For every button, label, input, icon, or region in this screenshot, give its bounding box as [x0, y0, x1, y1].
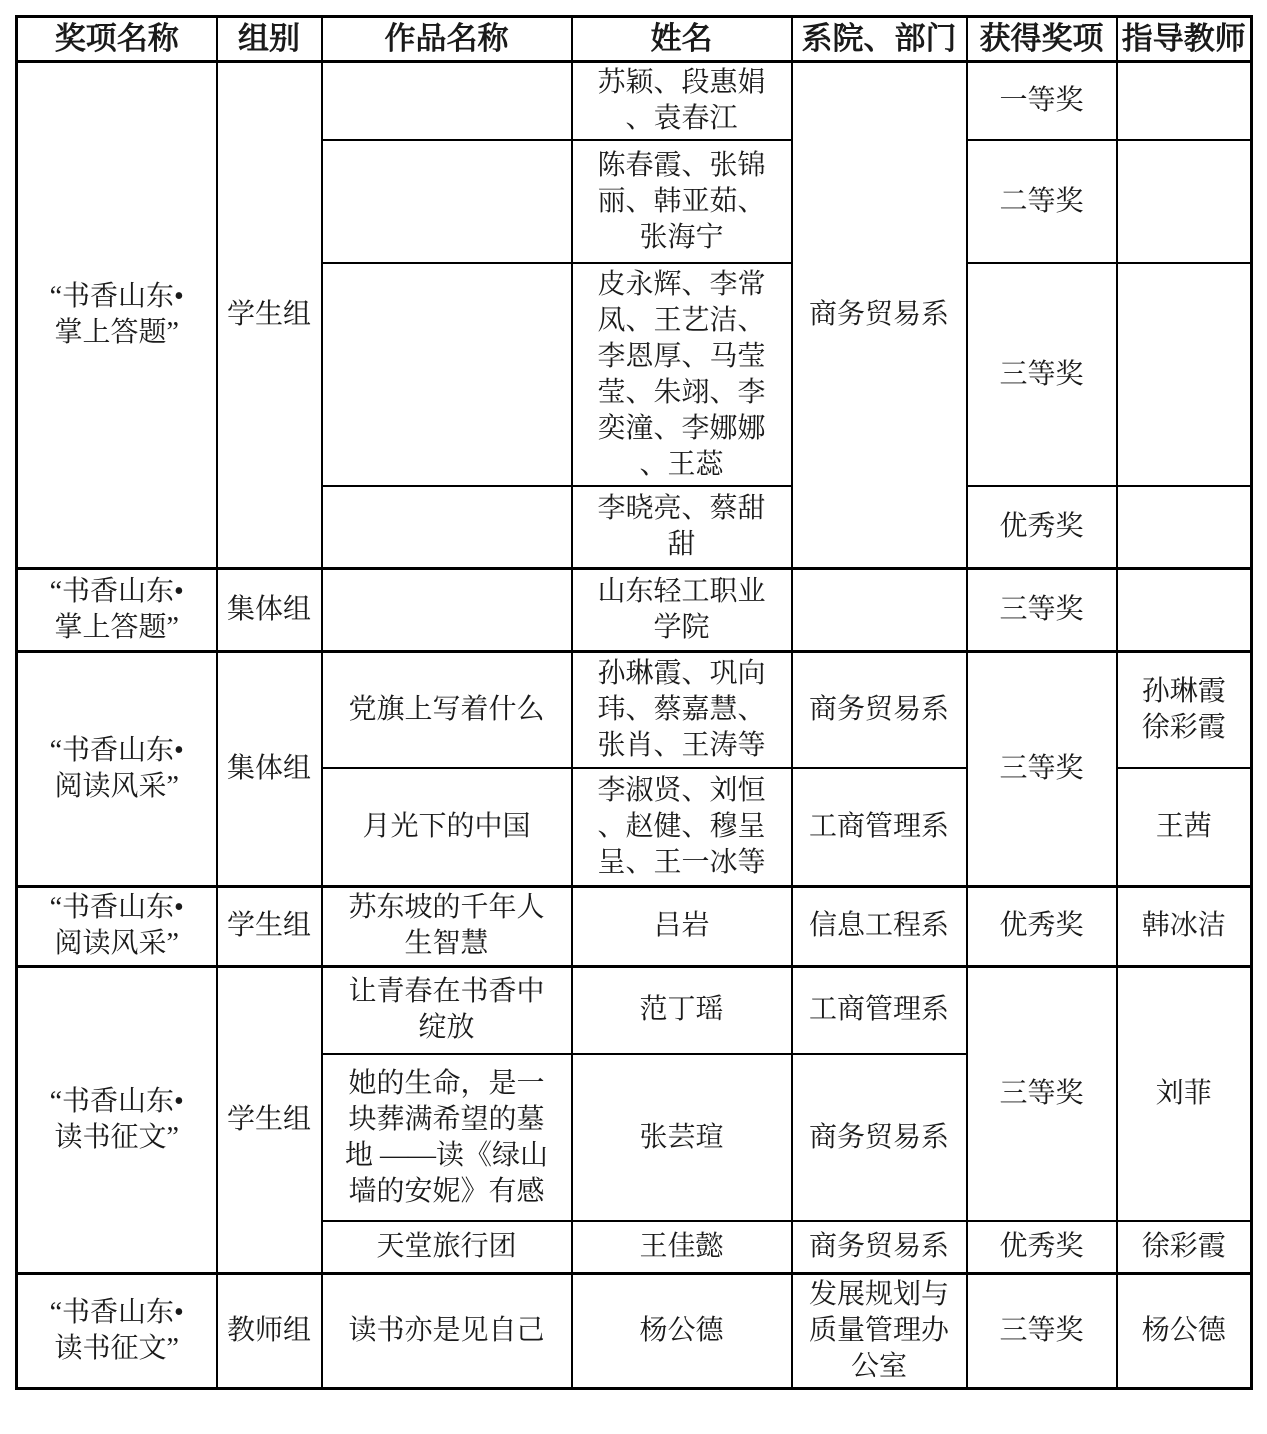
header-advisor: 指导教师 — [1117, 17, 1252, 62]
header-row: 奖项名称 组别 作品名称 姓名 系院、部门 获得奖项 指导教师 — [17, 17, 1252, 62]
cell-names: 苏颖、段惠娟 、袁春江 — [572, 62, 792, 141]
cell-advisor — [1117, 263, 1252, 486]
cell-group: 教师组 — [217, 1273, 322, 1388]
cell-group: 集体组 — [217, 651, 322, 886]
table-row: “书香山东• 阅读风采” 学生组 苏东坡的千年人 生智慧 吕岩 信息工程系 优秀… — [17, 886, 1252, 966]
cell-department: 发展规划与 质量管理办 公室 — [792, 1273, 967, 1388]
table-row: “书香山东• 掌上答题” 集体组 山东轻工职业 学院 三等奖 — [17, 568, 1252, 651]
cell-group: 学生组 — [217, 886, 322, 966]
cell-group: 学生组 — [217, 62, 322, 569]
header-names: 姓名 — [572, 17, 792, 62]
cell-names: 杨公德 — [572, 1273, 792, 1388]
cell-work-title — [322, 568, 572, 651]
cell-work-title: 她的生命，是一 块葬满希望的墓 地 ——读《绿山 墙的安妮》有感 — [322, 1054, 572, 1221]
awards-table: 奖项名称 组别 作品名称 姓名 系院、部门 获得奖项 指导教师 “书香山东• 掌… — [15, 15, 1253, 1390]
cell-prize: 优秀奖 — [967, 886, 1117, 966]
cell-department — [792, 568, 967, 651]
cell-department: 商务贸易系 — [792, 1054, 967, 1221]
cell-work-title: 读书亦是见自己 — [322, 1273, 572, 1388]
cell-names: 吕岩 — [572, 886, 792, 966]
cell-work-title — [322, 140, 572, 263]
cell-advisor: 韩冰洁 — [1117, 886, 1252, 966]
cell-prize: 三等奖 — [967, 966, 1117, 1221]
cell-work-title: 党旗上写着什么 — [322, 651, 572, 768]
table-row: “书香山东• 读书征文” 学生组 让青春在书香中 绽放 范丁瑶 工商管理系 三等… — [17, 966, 1252, 1054]
cell-department: 商务贸易系 — [792, 62, 967, 569]
cell-group: 学生组 — [217, 966, 322, 1273]
cell-prize: 优秀奖 — [967, 1221, 1117, 1273]
table-row: “书香山东• 掌上答题” 学生组 苏颖、段惠娟 、袁春江 商务贸易系 一等奖 — [17, 62, 1252, 141]
cell-prize: 三等奖 — [967, 568, 1117, 651]
cell-work-title — [322, 263, 572, 486]
cell-prize: 三等奖 — [967, 1273, 1117, 1388]
table-row: “书香山东• 读书征文” 教师组 读书亦是见自己 杨公德 发展规划与 质量管理办… — [17, 1273, 1252, 1388]
cell-work-title: 让青春在书香中 绽放 — [322, 966, 572, 1054]
cell-prize: 优秀奖 — [967, 486, 1117, 568]
cell-names: 李晓亮、蔡甜 甜 — [572, 486, 792, 568]
table-header: 奖项名称 组别 作品名称 姓名 系院、部门 获得奖项 指导教师 — [17, 17, 1252, 62]
header-work-title: 作品名称 — [322, 17, 572, 62]
cell-prize: 二等奖 — [967, 140, 1117, 263]
cell-advisor: 刘菲 — [1117, 966, 1252, 1221]
header-award-name: 奖项名称 — [17, 17, 217, 62]
cell-award-name: “书香山东• 读书征文” — [17, 1273, 217, 1388]
cell-award-name: “书香山东• 掌上答题” — [17, 568, 217, 651]
cell-advisor: 杨公德 — [1117, 1273, 1252, 1388]
cell-department: 信息工程系 — [792, 886, 967, 966]
cell-prize: 一等奖 — [967, 62, 1117, 141]
cell-advisor: 王茜 — [1117, 768, 1252, 886]
cell-award-name: “书香山东• 阅读风采” — [17, 886, 217, 966]
cell-advisor — [1117, 568, 1252, 651]
cell-names: 王佳懿 — [572, 1221, 792, 1273]
cell-work-title: 月光下的中国 — [322, 768, 572, 886]
document-page: 奖项名称 组别 作品名称 姓名 系院、部门 获得奖项 指导教师 “书香山东• 掌… — [0, 0, 1267, 1434]
cell-award-name: “书香山东• 读书征文” — [17, 966, 217, 1273]
cell-department: 商务贸易系 — [792, 1221, 967, 1273]
cell-group: 集体组 — [217, 568, 322, 651]
cell-advisor — [1117, 140, 1252, 263]
cell-names: 陈春霞、张锦 丽、韩亚茹、 张海宁 — [572, 140, 792, 263]
cell-names: 范丁瑶 — [572, 966, 792, 1054]
cell-prize: 三等奖 — [967, 263, 1117, 486]
cell-department: 商务贸易系 — [792, 651, 967, 768]
cell-names: 张芸瑄 — [572, 1054, 792, 1221]
cell-names: 孙琳霞、巩向 玮、蔡嘉慧、 张肖、王涛等 — [572, 651, 792, 768]
cell-names: 李淑贤、刘恒 、赵健、穆呈 呈、王一冰等 — [572, 768, 792, 886]
cell-award-name: “书香山东• 掌上答题” — [17, 62, 217, 569]
cell-advisor — [1117, 62, 1252, 141]
cell-department: 工商管理系 — [792, 768, 967, 886]
header-department: 系院、部门 — [792, 17, 967, 62]
cell-names: 山东轻工职业 学院 — [572, 568, 792, 651]
cell-advisor — [1117, 486, 1252, 568]
cell-advisor: 徐彩霞 — [1117, 1221, 1252, 1273]
table-body: “书香山东• 掌上答题” 学生组 苏颖、段惠娟 、袁春江 商务贸易系 一等奖 陈… — [17, 62, 1252, 1389]
cell-work-title — [322, 486, 572, 568]
header-group: 组别 — [217, 17, 322, 62]
cell-names: 皮永辉、李常 凤、王艺洁、 李恩厚、马莹 莹、朱翊、李 奕潼、李娜娜 、王蕊 — [572, 263, 792, 486]
cell-work-title: 苏东坡的千年人 生智慧 — [322, 886, 572, 966]
cell-prize: 三等奖 — [967, 651, 1117, 886]
cell-work-title: 天堂旅行团 — [322, 1221, 572, 1273]
cell-department: 工商管理系 — [792, 966, 967, 1054]
header-prize: 获得奖项 — [967, 17, 1117, 62]
cell-work-title — [322, 62, 572, 141]
cell-advisor: 孙琳霞 徐彩霞 — [1117, 651, 1252, 768]
table-row: “书香山东• 阅读风采” 集体组 党旗上写着什么 孙琳霞、巩向 玮、蔡嘉慧、 张… — [17, 651, 1252, 768]
cell-award-name: “书香山东• 阅读风采” — [17, 651, 217, 886]
